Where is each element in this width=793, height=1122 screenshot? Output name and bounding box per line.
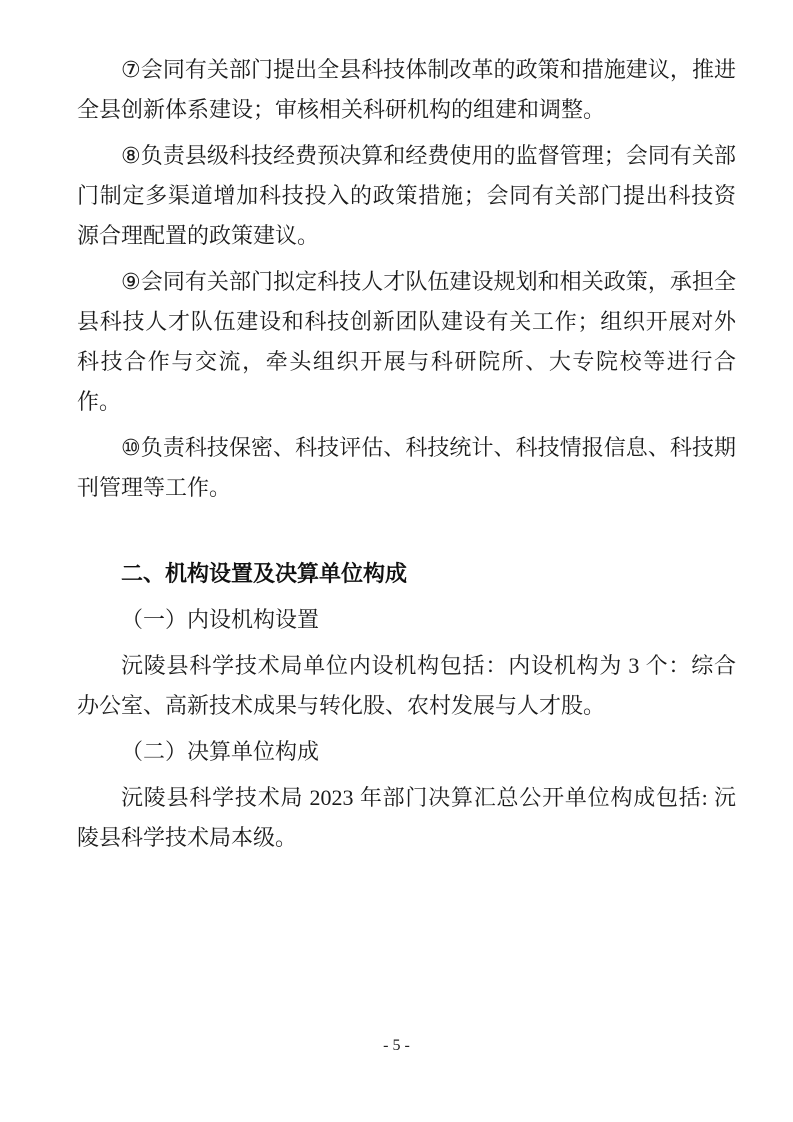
section-heading-org-setup: 二、机构设置及决算单位构成 (77, 554, 736, 594)
paragraph-unit-composition-detail: 沅陵县科学技术局 2023 年部门决算汇总公开单位构成包括: 沅陵县科学技术局本… (77, 778, 736, 858)
page-number: - 5 - (0, 1036, 793, 1056)
paragraph-duty-10: ⑩负责科技保密、科技评估、科技统计、科技情报信息、科技期刊管理等工作。 (77, 428, 736, 508)
paragraph-duty-8: ⑧负责县级科技经费预决算和经费使用的监督管理；会同有关部门制定多渠道增加科技投入… (77, 136, 736, 256)
document-body: ⑦会同有关部门提出全县科技体制改革的政策和措施建议，推进全县创新体系建设；审核相… (77, 50, 736, 864)
document-page: ⑦会同有关部门提出全县科技体制改革的政策和措施建议，推进全县创新体系建设；审核相… (0, 0, 793, 1122)
subsection-heading-internal-org: （一）内设机构设置 (77, 600, 736, 640)
paragraph-duty-9: ⑨会同有关部门拟定科技人才队伍建设规划和相关政策，承担全县科技人才队伍建设和科技… (77, 262, 736, 422)
paragraph-duty-7: ⑦会同有关部门提出全县科技体制改革的政策和措施建议，推进全县创新体系建设；审核相… (77, 50, 736, 130)
paragraph-internal-org-detail: 沅陵县科学技术局单位内设机构包括：内设机构为 3 个：综合办公室、高新技术成果与… (77, 646, 736, 726)
subsection-heading-unit-composition: （二）决算单位构成 (77, 732, 736, 772)
